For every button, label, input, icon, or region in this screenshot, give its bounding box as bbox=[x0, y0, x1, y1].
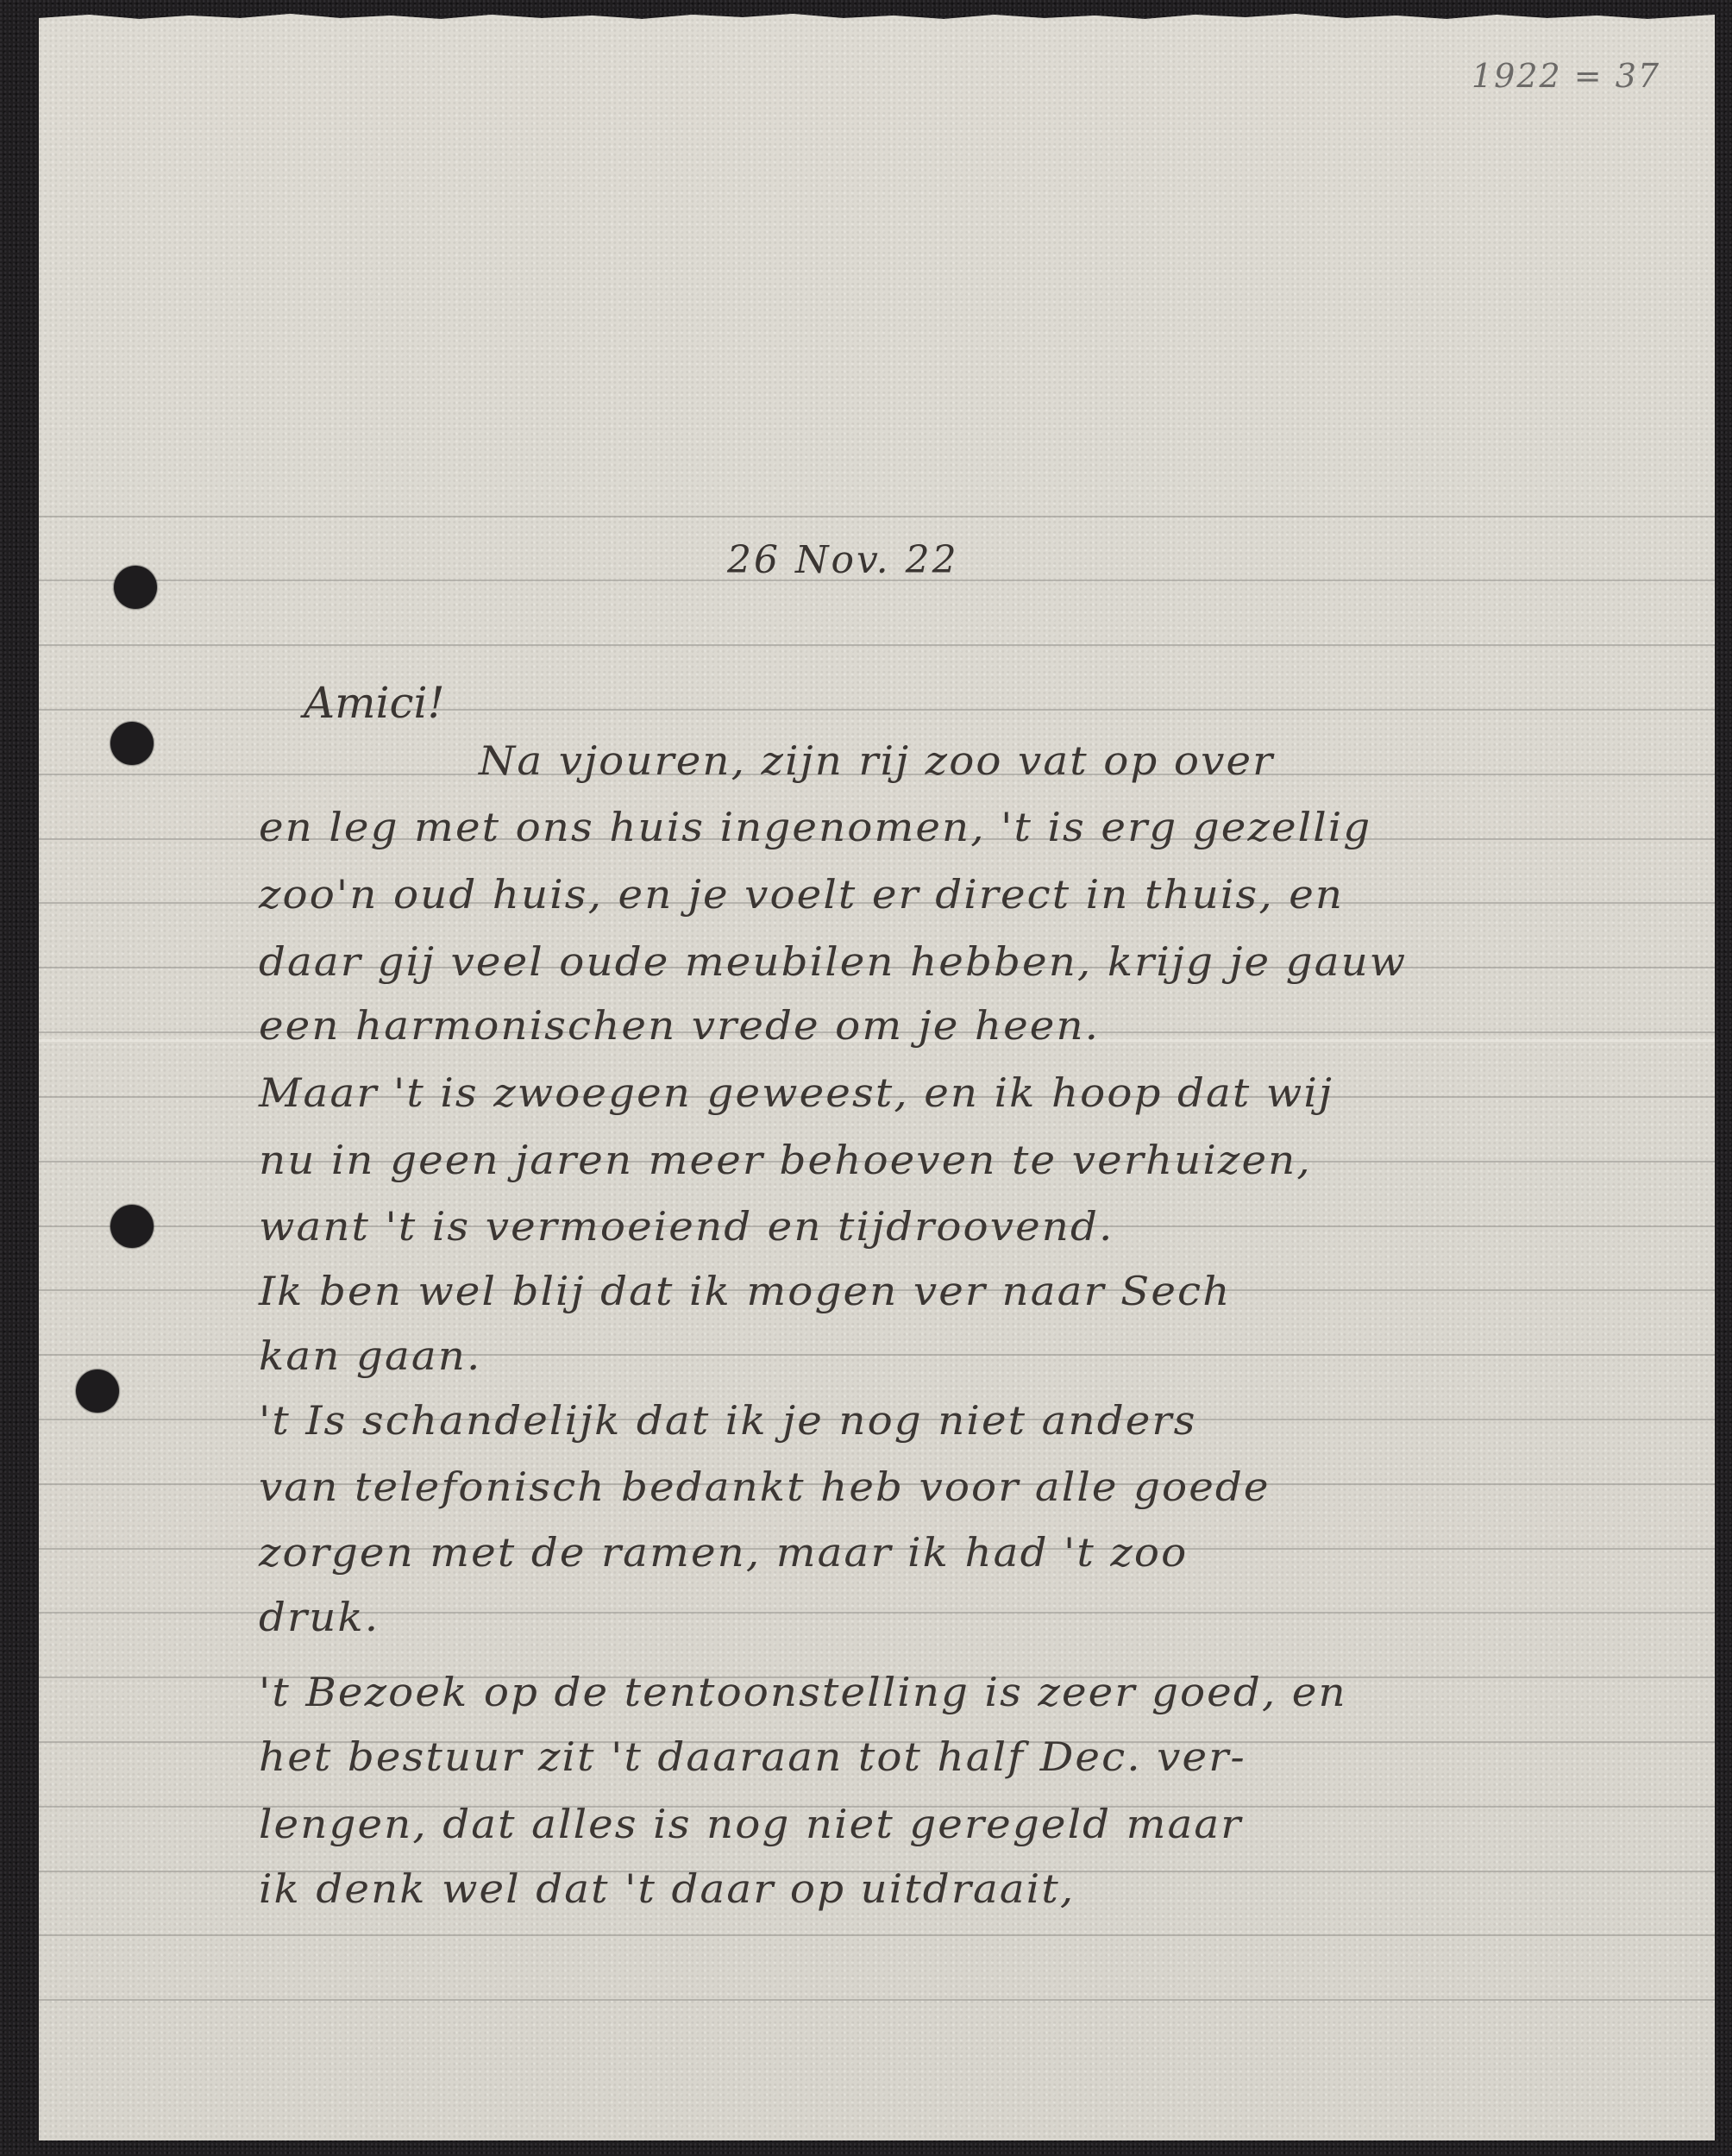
letter-line: Na vjouren, zijn rij zoo vat op over bbox=[479, 737, 1274, 784]
punch-hole bbox=[114, 566, 157, 609]
ruled-line bbox=[39, 1999, 1715, 2001]
ruled-line bbox=[39, 1934, 1715, 1936]
letter-line: zoo'n oud huis, en je voelt er direct in… bbox=[259, 871, 1344, 918]
ruled-line bbox=[39, 644, 1715, 646]
ruled-line bbox=[39, 516, 1715, 517]
letter-line: zorgen met de ramen, maar ik had 't zoo bbox=[259, 1529, 1188, 1576]
letter-line: daar gij veel oude meubilen hebben, krij… bbox=[259, 938, 1407, 985]
letter-line: druk. bbox=[259, 1594, 380, 1640]
punch-hole bbox=[110, 1205, 154, 1248]
letter-line: kan gaan. bbox=[259, 1332, 481, 1379]
letter-line: 't Is schandelijk dat ik je nog niet and… bbox=[259, 1397, 1197, 1444]
letter-line: nu in geen jaren meer behoeven te verhui… bbox=[259, 1137, 1312, 1183]
letter-line: want 't is vermoeiend en tijdroovend. bbox=[259, 1203, 1114, 1250]
letter-line: ik denk wel dat 't daar op uitdraait, bbox=[259, 1865, 1075, 1912]
salutation: Amici! bbox=[304, 678, 445, 728]
punch-hole bbox=[110, 722, 154, 765]
letter-line: van telefonisch bedankt heb voor alle go… bbox=[259, 1463, 1271, 1510]
letter-date: 26 Nov. 22 bbox=[727, 538, 959, 582]
letter-line: 't Bezoek op de tentoonstelling is zeer … bbox=[259, 1669, 1347, 1715]
letter-line: het bestuur zit 't daaraan tot half Dec.… bbox=[259, 1733, 1246, 1780]
punch-hole bbox=[76, 1369, 119, 1413]
letter-line: Ik ben wel blij dat ik mogen ver naar Se… bbox=[259, 1268, 1231, 1314]
letter-line: lengen, dat alles is nog niet geregeld m… bbox=[259, 1801, 1242, 1847]
letter-line: en leg met ons huis ingenomen, 't is erg… bbox=[259, 804, 1371, 850]
ruled-line bbox=[39, 709, 1715, 711]
letter-line: een harmonischen vrede om je heen. bbox=[259, 1002, 1100, 1049]
archive-number: 1922 = 37 bbox=[1472, 57, 1660, 95]
letter-line: Maar 't is zwoegen geweest, en ik hoop d… bbox=[259, 1069, 1334, 1116]
